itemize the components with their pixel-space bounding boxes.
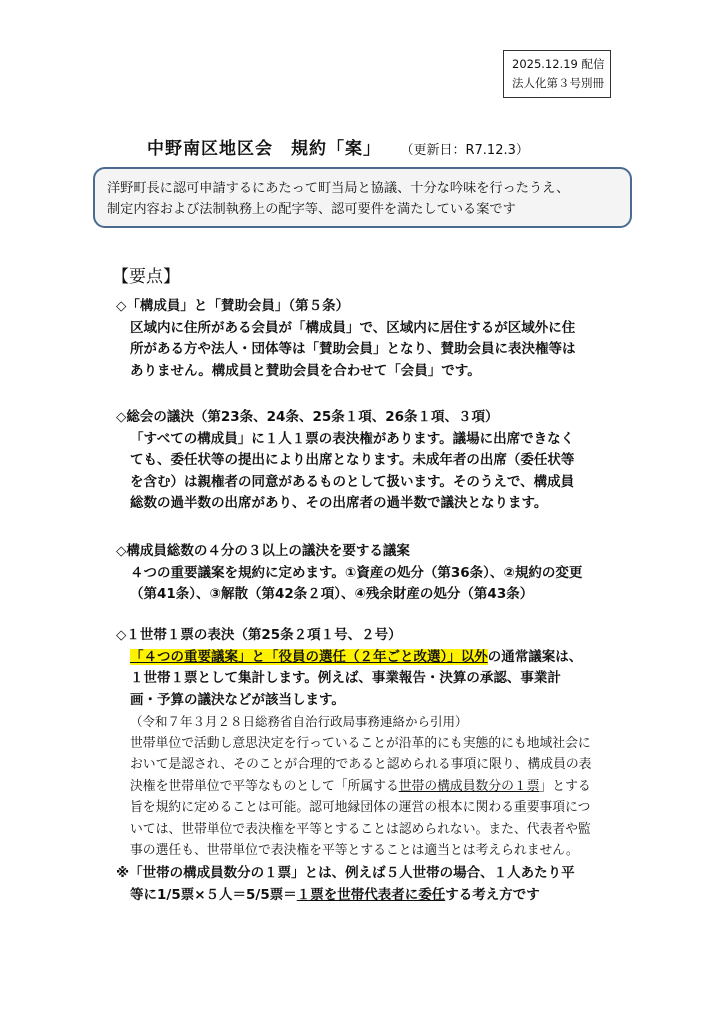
section-line: ても、委任状等の提出により出席となります。未成年者の出席（委任状等 xyxy=(116,450,574,472)
underlined-text: 世帯の構成員数分の１票 xyxy=(399,779,540,794)
quote-line: おいて是認され、そのことが合理的であると認められる事項に限り、構成員の表 xyxy=(116,754,591,776)
stamp-issue: 法人化第３号別冊 xyxy=(512,74,610,93)
section-title: ◇構成員総数の４分の３以上の議決を要する議案 xyxy=(116,541,582,563)
section-line: 区域内に住所がある会員が「構成員」で、区域内に居住するが区域外に住 xyxy=(116,318,576,340)
section-line: （第41条）、③解散（第42条２項）、④残余財産の処分（第43条） xyxy=(116,584,582,606)
quote-text: 決権を世帯単位で平等なものとして「所属する xyxy=(130,779,399,794)
footnote-line: ※「世帯の構成員数分の１票」とは、例えば５人世帯の場合、１人あたり平 xyxy=(116,863,575,885)
section-line: 「すべての構成員」に１人１票の表決権があります。議場に出席できなく xyxy=(116,429,574,451)
highlighted-text: 「４つの重要議案」と「役員の選任（２年ごと改選）」以外 xyxy=(130,649,488,665)
section-line: 所がある方や法人・団体等は「賛助会員」となり、賛助会員に表決権等は xyxy=(116,339,576,361)
notice-box: 洋野町長に認可申請するにあたって町当局と協議、十分な吟味を行ったうえ、 制定内容… xyxy=(93,167,632,228)
section-household-vote: ◇１世帯１票の表決（第25条２項１号、２号） 「４つの重要議案」と「役員の選任（… xyxy=(116,625,591,862)
footnote-text: 等に1/5票×５人＝5/5票＝ xyxy=(130,887,297,903)
page-title: 中野南区地区会 規約「案」（更新日：R7.12.3） xyxy=(147,134,529,159)
section-line: １世帯１票として集計します。例えば、事業報告・決算の承認、事業計 xyxy=(116,668,591,690)
section-three-quarters: ◇構成員総数の４分の３以上の議決を要する議案 ４つの重要議案を規約に定めます。①… xyxy=(116,541,582,606)
section-line: ４つの重要議案を規約に定めます。①資産の処分（第36条）、②規約の変更 xyxy=(116,563,582,585)
section-title: ◇「構成員」と「賛助会員」（第５条） xyxy=(116,296,576,318)
footnote: ※「世帯の構成員数分の１票」とは、例えば５人世帯の場合、１人あたり平 等に1/5… xyxy=(116,863,575,906)
section-general-meeting: ◇総会の議決（第23条、24条、25条１項、26条１項、３項） 「すべての構成員… xyxy=(116,407,574,515)
section-line: ありません。構成員と賛助会員を合わせて「会員」です。 xyxy=(116,361,576,383)
section-line-rest: の通常議案は、 xyxy=(488,649,583,665)
section-members: ◇「構成員」と「賛助会員」（第５条） 区域内に住所がある会員が「構成員」で、区域… xyxy=(116,296,576,382)
title-main: 中野南区地区会 規約「案」 xyxy=(147,139,381,159)
quote-line: 決権を世帯単位で平等なものとして「所属する世帯の構成員数分の１票」とする xyxy=(116,776,591,798)
quote-line: 旨を規約に定めることは可能。認可地縁団体の運営の根本に関わる重要事項につ xyxy=(116,797,591,819)
quote-line: いては、世帯単位で表決権を平等とすることは認められない。また、代表者や監 xyxy=(116,819,591,841)
section-title: ◇１世帯１票の表決（第25条２項１号、２号） xyxy=(116,625,591,647)
section-line: 画・予算の議決などが該当します。 xyxy=(116,690,591,712)
distribution-stamp: 2025.12.19 配信 法人化第３号別冊 xyxy=(503,50,611,98)
quote-text: 」とする xyxy=(540,779,591,794)
quote-line: 事の選任も、世帯単位で表決権を平等とすることは適当とは考えられません。 xyxy=(116,840,591,862)
notice-line: 制定内容および法制執務上の配字等、認可要件を満たしている案です xyxy=(107,199,630,220)
notice-line: 洋野町長に認可申請するにあたって町当局と協議、十分な吟味を行ったうえ、 xyxy=(107,178,630,199)
section-title: ◇総会の議決（第23条、24条、25条１項、26条１項、３項） xyxy=(116,407,574,429)
section-heading-key-points: 【要点】 xyxy=(112,262,180,287)
section-line: を含む）は親権者の同意があるものとして扱います。そのうえで、構成員 xyxy=(116,472,574,494)
footnote-line: 等に1/5票×５人＝5/5票＝１票を世帯代表者に委任する考え方です xyxy=(116,885,575,907)
citation: （令和７年３月２８日総務省自治行政局事務連絡から引用） xyxy=(116,711,591,733)
title-updated-date: （更新日：R7.12.3） xyxy=(407,143,529,158)
section-line: 「４つの重要議案」と「役員の選任（２年ごと改選）」以外の通常議案は、 xyxy=(116,647,591,669)
stamp-date: 2025.12.19 配信 xyxy=(512,55,610,74)
section-line: 総数の過半数の出席があり、その出席者の過半数で議決となります。 xyxy=(116,493,574,515)
underlined-text: １票を世帯代表者に委任 xyxy=(297,887,446,903)
footnote-text: する考え方です xyxy=(445,887,540,903)
quote-line: 世帯単位で活動し意思決定を行っていることが沿革的にも実態的にも地域社会に xyxy=(116,733,591,755)
